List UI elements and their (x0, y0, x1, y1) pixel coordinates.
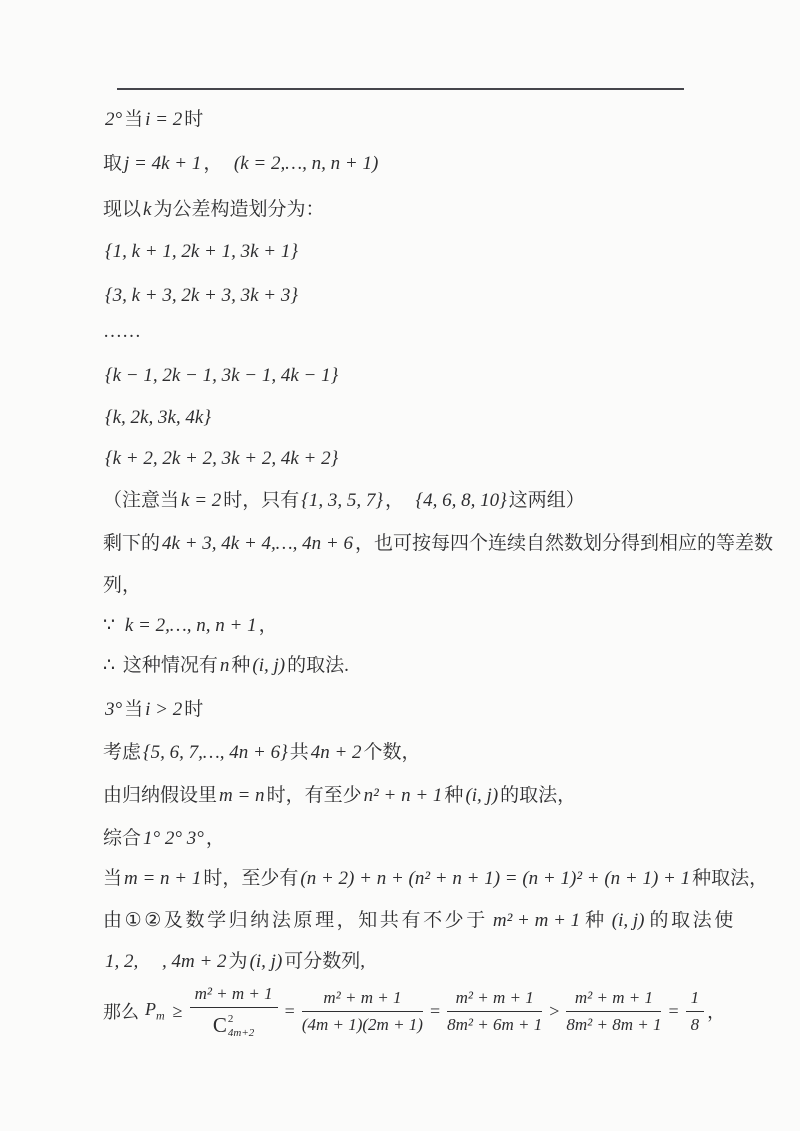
text-line: {3, k + 3, 2k + 3, 3k + 3} (103, 282, 300, 309)
numerator: 1 (686, 988, 705, 1012)
numerator: m² + m + 1 (302, 988, 423, 1012)
text-segment: 这种情况有 (123, 655, 218, 676)
text-segment: 4n + 2 (311, 742, 362, 763)
text-segment: ，也可按每四个连续自然数划分得到相应的等差数 (355, 533, 773, 554)
text-line: ∴ 这种情况有n种(i, j)的取法. (103, 652, 349, 679)
text-segment: (i, j) (252, 655, 285, 676)
text-segment: 当 (124, 699, 143, 720)
text-segment: {5, 6, 7,…, 4n + 6} (143, 742, 288, 763)
text-segment: {k − 1, 2k − 1, 3k − 1, 4k − 1} (105, 365, 338, 386)
text-segment: 2° (105, 109, 122, 130)
comb-superscript: 2 (228, 1013, 234, 1027)
text-segment: 列， (103, 575, 141, 596)
text-segment: 3° (105, 699, 122, 720)
denominator: 8 (686, 1012, 705, 1035)
text-line: 3°当i > 2时 (103, 696, 203, 723)
text-segment: 时，只有 (223, 490, 299, 511)
probability-symbol: Pm (145, 999, 165, 1024)
text-segment: 可分数列, (284, 951, 365, 972)
text-line: （注意当k = 2时，只有{1, 3, 5, 7}， {4, 6, 8, 10}… (103, 487, 585, 514)
text-segment: {1, k + 1, 2k + 1, 3k + 1} (105, 241, 298, 262)
text-segment: 由归纳假设里 (103, 785, 217, 806)
text-segment: 当 (103, 868, 122, 889)
equals-sign: = (285, 1001, 295, 1022)
fraction-2: m² + m + 1 (4m + 1)(2m + 1) (302, 988, 423, 1036)
text-segment: 时，至少有 (203, 868, 298, 889)
text-segment: 1, 2, , 4m + 2 (105, 951, 227, 972)
text-segment: {1, 3, 5, 7} (301, 490, 383, 511)
text-line: {k, 2k, 3k, 4k} (103, 404, 213, 431)
text-line: 考虑{5, 6, 7,…, 4n + 6}共4n + 2个数， (103, 739, 421, 766)
text-segment: 的取法使 (649, 910, 735, 931)
text-segment: ， (203, 153, 232, 174)
text-line: {k + 2, 2k + 2, 3k + 2, 4k + 2} (103, 445, 340, 472)
text-segment: 当 (124, 109, 143, 130)
formula-prefix: 那么 (103, 998, 139, 1024)
text-segment: i = 2 (145, 109, 182, 130)
numerator: m² + m + 1 (190, 984, 278, 1008)
text-segment: 现以 (103, 199, 141, 220)
text-segment: (n + 2) + n + (n² + n + 1) = (n + 1)² + … (300, 868, 690, 889)
text-segment: (k = 2,…, n, n + 1) (234, 153, 378, 174)
text-segment: 剩下的 (103, 533, 160, 554)
text-line: …… (103, 318, 141, 345)
separator-rule (117, 88, 684, 90)
text-segment: ∵ (103, 615, 120, 636)
text-segment: m = n + 1 (124, 868, 201, 889)
text-segment: 种取法， (692, 868, 768, 889)
equals-sign: = (430, 1001, 440, 1022)
text-segment: 这两组） (509, 490, 585, 511)
fraction-5: 1 8 (686, 988, 705, 1036)
text-segment: k = 2,…, n, n + 1 (125, 615, 257, 636)
text-segment: k = 2 (181, 490, 221, 511)
text-segment: {3, k + 3, 2k + 3, 3k + 3} (105, 285, 298, 306)
combination-symbol: C24m+2 (213, 1011, 254, 1039)
formula-line: 那么 Pm ≥ m² + m + 1 C24m+2 = m² + m + 1 (… (103, 984, 725, 1039)
text-segment: 时 (184, 109, 203, 130)
denominator: (4m + 1)(2m + 1) (302, 1012, 423, 1035)
text-segment: 1° 2° 3° (143, 828, 204, 849)
text-segment: k (143, 199, 151, 220)
text-segment: 4k + 3, 4k + 4,…, 4n + 6 (162, 533, 353, 554)
text-segment: 为 (229, 951, 248, 972)
text-line: {1, k + 1, 2k + 1, 3k + 1} (103, 238, 300, 265)
text-segment: 的取法. (287, 655, 349, 676)
equals-sign: = (668, 1001, 678, 1022)
text-segment: 为公差构造划分为： (153, 199, 324, 220)
p-variable: P (145, 999, 156, 1019)
comb-letter: C (213, 1013, 227, 1038)
text-line: 由归纳假设里m = n时，有至少n² + n + 1种(i, j)的取法， (103, 782, 576, 809)
text-segment: （注意当 (103, 490, 179, 511)
text-segment: …… (103, 321, 141, 342)
text-segment: 的取法， (500, 785, 576, 806)
text-segment: 时 (184, 699, 203, 720)
fraction-4: m² + m + 1 8m² + 8m + 1 (566, 988, 661, 1036)
text-segment: n (220, 655, 230, 676)
fraction-3: m² + m + 1 8m² + 6m + 1 (447, 988, 542, 1036)
text-segment: (i, j) (465, 785, 498, 806)
text-segment: 时，有至少 (267, 785, 362, 806)
relation-ge: ≥ (173, 1001, 183, 1022)
formula-suffix: ， (707, 998, 725, 1024)
text-segment: 共 (290, 742, 309, 763)
text-segment: ， (385, 490, 414, 511)
text-segment: ， (206, 828, 225, 849)
text-segment: {k + 2, 2k + 2, 3k + 2, 4k + 2} (105, 448, 338, 469)
text-segment: 考虑 (103, 742, 141, 763)
numerator: m² + m + 1 (566, 988, 661, 1012)
denominator: C24m+2 (190, 1008, 278, 1039)
text-line: 列， (103, 572, 141, 599)
text-line: 由①②及数学归纳法原理，知共有不少于m² + m + 1种(i, j)的取法使 (103, 907, 736, 934)
text-segment: ∴ (103, 655, 120, 676)
document-page: 2°当i = 2时取j = 4k + 1， (k = 2,…, n, n + 1… (0, 0, 800, 1131)
text-segment: 种 (585, 910, 607, 931)
text-line: 2°当i = 2时 (103, 106, 203, 133)
denominator: 8m² + 6m + 1 (447, 1012, 542, 1035)
text-line: ∵ k = 2,…, n, n + 1， (103, 612, 278, 639)
text-segment: 种 (231, 655, 250, 676)
comb-scripts: 24m+2 (228, 1013, 254, 1041)
text-segment: (i, j) (612, 910, 645, 931)
greater-than-sign: > (549, 1001, 559, 1022)
text-segment: 取 (103, 153, 122, 174)
text-segment: j = 4k + 1 (124, 153, 201, 174)
text-line: 剩下的4k + 3, 4k + 4,…, 4n + 6，也可按每四个连续自然数划… (103, 530, 773, 557)
p-subscript: m (156, 1009, 165, 1023)
fraction-1: m² + m + 1 C24m+2 (190, 984, 278, 1039)
text-segment: {k, 2k, 3k, 4k} (105, 407, 211, 428)
text-segment: 由①②及数学归纳法原理，知共有不少于 (103, 910, 488, 931)
comb-subscript: 4m+2 (228, 1027, 254, 1041)
text-line: 综合1° 2° 3°， (103, 825, 225, 852)
text-segment: 综合 (103, 828, 141, 849)
numerator: m² + m + 1 (447, 988, 542, 1012)
text-line: 当m = n + 1时，至少有(n + 2) + n + (n² + n + 1… (103, 865, 768, 892)
text-segment: 种 (444, 785, 463, 806)
text-segment: (i, j) (250, 951, 283, 972)
text-segment: 个数， (364, 742, 421, 763)
text-line: 1, 2, , 4m + 2为(i, j)可分数列, (103, 948, 365, 975)
text-segment: i > 2 (145, 699, 182, 720)
denominator: 8m² + 8m + 1 (566, 1012, 661, 1035)
text-line: 取j = 4k + 1， (k = 2,…, n, n + 1) (103, 150, 380, 177)
text-segment: m² + m + 1 (493, 910, 580, 931)
text-segment: m = n (219, 785, 265, 806)
text-line: {k − 1, 2k − 1, 3k − 1, 4k − 1} (103, 362, 340, 389)
text-segment: ， (259, 615, 278, 636)
text-line: 现以k为公差构造划分为： (103, 196, 324, 223)
text-segment: {4, 6, 8, 10} (416, 490, 507, 511)
text-segment: n² + n + 1 (364, 785, 443, 806)
